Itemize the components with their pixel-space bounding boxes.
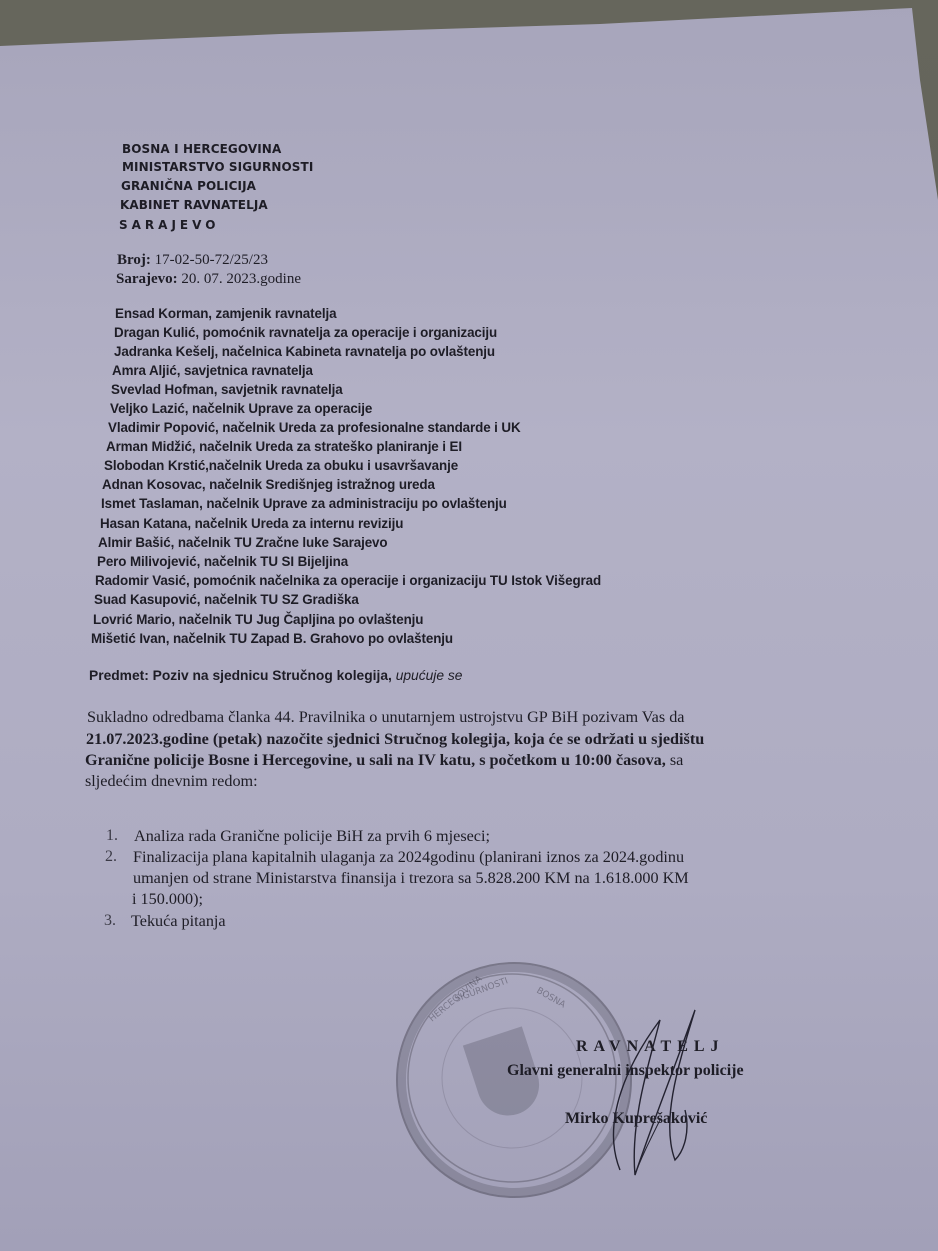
recipient-item: Suad Kasupović, načelnik TU SZ Gradiška bbox=[94, 592, 359, 607]
recipient-item: Lovrić Mario, načelnik TU Jug Čapljina p… bbox=[93, 612, 423, 627]
letterhead-office: KABINET RAVNATELJA bbox=[120, 198, 268, 212]
letterhead-country: BOSNA I HERCEGOVINA bbox=[122, 142, 281, 156]
agenda-text: i 150.000); bbox=[132, 890, 203, 909]
recipient-item: Svevlad Hofman, savjetnik ravnatelja bbox=[111, 382, 343, 397]
agenda-number: 2. bbox=[105, 848, 117, 866]
body-line-2: 21.07.2023.godine (petak) nazočite sjedn… bbox=[86, 730, 704, 749]
letterhead-city: SARAJEVO bbox=[119, 218, 219, 232]
body-line-1: Sukladno odredbama članka 44. Pravilnika… bbox=[87, 708, 685, 727]
recipient-item: Ensad Korman, zamjenik ravnatelja bbox=[115, 306, 336, 321]
recipient-item: Amra Aljić, savjetnica ravnatelja bbox=[112, 363, 313, 378]
recipient-item: Vladimir Popović, načelnik Ureda za prof… bbox=[108, 420, 521, 435]
body-line-3: Granične policije Bosne i Hercegovine, u… bbox=[85, 751, 683, 770]
subject-label: Predmet: Poziv na sjednicu Stručnog kole… bbox=[89, 668, 392, 683]
letterhead-agency: GRANIČNA POLICIJA bbox=[121, 179, 256, 193]
reference-number-value: 17-02-50-72/25/23 bbox=[155, 252, 268, 268]
body-line-3-main: Granične policije Bosne i Hercegovine, u… bbox=[85, 751, 666, 769]
recipient-item: Slobodan Krstić,načelnik Ureda za obuku … bbox=[104, 458, 458, 473]
subject-suffix: upućuje se bbox=[396, 668, 463, 683]
recipient-item: Arman Midžić, načelnik Ureda za stratešk… bbox=[106, 439, 462, 454]
reference-number-label: Broj: bbox=[117, 252, 151, 268]
recipient-item: Dragan Kulić, pomoćnik ravnatelja za ope… bbox=[114, 325, 497, 340]
body-line-3-end: sa bbox=[670, 751, 683, 769]
recipient-item: Veljko Lazić, načelnik Uprave za operaci… bbox=[110, 401, 372, 416]
reference-number: Broj: 17-02-50-72/25/23 bbox=[117, 252, 268, 269]
agenda-text: Finalizacija plana kapitalnih ulaganja z… bbox=[133, 848, 684, 867]
letterhead-ministry: MINISTARSTVO SIGURNOSTI bbox=[122, 160, 313, 174]
agenda-text: Analiza rada Granične policije BiH za pr… bbox=[134, 827, 490, 846]
recipient-item: Pero Milivojević, načelnik TU SI Bijelji… bbox=[97, 554, 348, 569]
agenda-number: 3. bbox=[104, 912, 116, 930]
reference-date-value: 20. 07. 2023.godine bbox=[181, 271, 301, 287]
subject-line: Predmet: Poziv na sjednicu Stručnog kole… bbox=[89, 668, 462, 683]
recipient-item: Jadranka Kešelj, načelnica Kabineta ravn… bbox=[114, 344, 495, 359]
handwritten-signature-icon bbox=[590, 1000, 700, 1180]
recipient-item: Ismet Taslaman, načelnik Uprave za admin… bbox=[101, 496, 507, 511]
agenda-number: 1. bbox=[106, 827, 118, 845]
reference-date-label: Sarajevo: bbox=[116, 271, 178, 287]
agenda-text: Tekuća pitanja bbox=[131, 912, 226, 931]
reference-date: Sarajevo: 20. 07. 2023.godine bbox=[116, 271, 301, 288]
recipient-item: Adnan Kosovac, načelnik Središnjeg istra… bbox=[102, 477, 435, 492]
recipient-item: Radomir Vasić, pomoćnik načelnika za ope… bbox=[95, 573, 601, 588]
recipient-item: Hasan Katana, načelnik Ureda za internu … bbox=[100, 516, 403, 531]
body-line-4: sljedećim dnevnim redom: bbox=[85, 772, 258, 791]
svg-text:BOSNA: BOSNA bbox=[535, 986, 568, 1011]
agenda-text: umanjen od strane Ministarstva finansija… bbox=[133, 869, 689, 888]
recipient-item: Almir Bašić, načelnik TU Zračne luke Sar… bbox=[98, 535, 387, 550]
recipient-item: Mišetić Ivan, načelnik TU Zapad B. Graho… bbox=[91, 631, 453, 646]
